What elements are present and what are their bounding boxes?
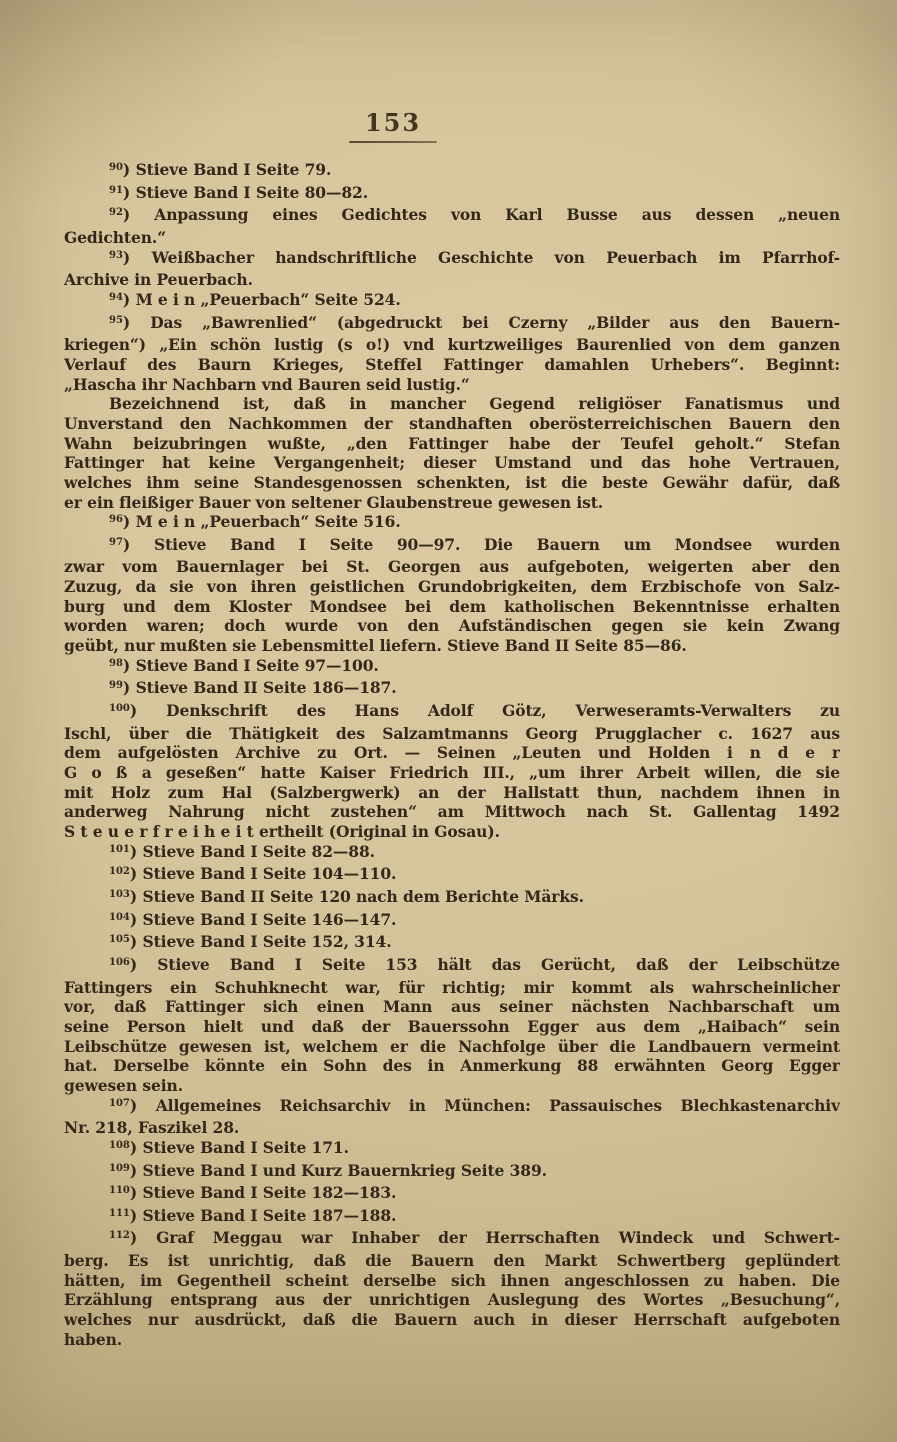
footnote-text: Allgemeines Reichsarchiv in München: Pas… — [156, 1096, 840, 1115]
footnote-text: Stieve Band I Seite 146—147. — [143, 910, 397, 929]
footnote-line: 93) Weißbacher handschriftliche Geschich… — [64, 248, 840, 271]
footnote: 100) Denkschrift des Hans Adolf Götz, Ve… — [64, 701, 840, 842]
footnote-marker: 97 — [109, 537, 123, 548]
footnote-line: zwar vom Bauernlager bei St. Georgen aus… — [64, 557, 840, 577]
footnote-line: Fattinger hat keine Vergangenheit; diese… — [64, 453, 840, 473]
footnote-text: Denkschrift des Hans Adolf Götz, Verwese… — [166, 701, 840, 720]
footnote-marker-paren: ) — [130, 1183, 137, 1202]
footnote-text: Stieve Band I Seite 90—97. Die Bauern um… — [154, 535, 840, 554]
footnote-line: 105) Stieve Band I Seite 152, 314. — [64, 932, 840, 955]
footnote-line: 111) Stieve Band I Seite 187—188. — [64, 1206, 840, 1229]
footnote-text: Stieve Band I Seite 80—82. — [136, 183, 368, 202]
footnote-marker: 94 — [109, 292, 123, 303]
footnote-line: S t e u e r f r e i h e i t ertheilt (Or… — [64, 822, 840, 842]
footnote-text: M e i n „Peuerbach“ Seite 524. — [136, 290, 401, 309]
footnote-marker-paren: ) — [130, 887, 137, 906]
footnote-line: 107) Allgemeines Reichsarchiv in München… — [64, 1096, 840, 1119]
footnote-marker: 106 — [109, 957, 130, 968]
footnote-text: Das „Bawrenlied“ (abgedruckt bei Czerny … — [150, 313, 840, 332]
scanned-book-page: 153 90) Stieve Band I Seite 79.91) Stiev… — [0, 0, 897, 1442]
footnote-marker-paren: ) — [123, 160, 130, 179]
footnote-text: Weißbacher handschriftliche Geschichte v… — [152, 248, 840, 267]
footnote-marker-paren: ) — [123, 678, 130, 697]
footnote-line: Unverstand den Nachkommen der standhafte… — [64, 414, 840, 434]
footnote-line: 99) Stieve Band II Seite 186—187. — [64, 678, 840, 701]
footnote-line: 110) Stieve Band I Seite 182—183. — [64, 1183, 840, 1206]
footnote-marker: 93 — [109, 250, 123, 261]
footnote-marker: 95 — [109, 315, 123, 326]
footnote-line: 109) Stieve Band I und Kurz Bauernkrieg … — [64, 1161, 840, 1184]
footnote: 97) Stieve Band I Seite 90—97. Die Bauer… — [64, 535, 840, 656]
footnote-text: Stieve Band I Seite 152, 314. — [143, 932, 392, 951]
footnote-marker-paren: ) — [123, 183, 130, 202]
footnote-text: Stieve Band I Seite 97—100. — [136, 656, 379, 675]
footnote-line: Erzählung entsprang aus der unrichtigen … — [64, 1290, 840, 1310]
footnote: 98) Stieve Band I Seite 97—100. — [64, 656, 840, 679]
footnote-text: Anpassung eines Gedichtes von Karl Busse… — [154, 205, 840, 224]
footnote: 102) Stieve Band I Seite 104—110. — [64, 864, 840, 887]
footnote-line: Archive in Peuerbach. — [64, 270, 840, 290]
footnote-marker: 98 — [109, 658, 123, 669]
footnote-line: er ein fleißiger Bauer von seltener Glau… — [64, 493, 840, 513]
footnote: 103) Stieve Band II Seite 120 nach dem B… — [64, 887, 840, 910]
footnote: 91) Stieve Band I Seite 80—82. — [64, 183, 840, 206]
footnote-marker: 102 — [109, 866, 130, 877]
footnote: 111) Stieve Band I Seite 187—188. — [64, 1206, 840, 1229]
footnote-line: worden waren; doch wurde von den Aufstän… — [64, 616, 840, 636]
footnote-line: 96) M e i n „Peuerbach“ Seite 516. — [64, 512, 840, 535]
footnote-line: 98) Stieve Band I Seite 97—100. — [64, 656, 840, 679]
footnote: 112) Graf Meggau war Inhaber der Herrsch… — [64, 1228, 840, 1349]
footnote-line: Wahn beizubringen wußte, „den Fattinger … — [64, 434, 840, 454]
footnote: 108) Stieve Band I Seite 171. — [64, 1138, 840, 1161]
footnote-line: burg und dem Kloster Mondsee bei dem kat… — [64, 597, 840, 617]
footnote-text: Stieve Band I Seite 171. — [143, 1138, 349, 1157]
footnote-line: 104) Stieve Band I Seite 146—147. — [64, 910, 840, 933]
footnote-line: 108) Stieve Band I Seite 171. — [64, 1138, 840, 1161]
footnote: 110) Stieve Band I Seite 182—183. — [64, 1183, 840, 1206]
footnote-marker-paren: ) — [123, 512, 130, 531]
footnote-line: Ischl, über die Thätigkeit des Salzamtma… — [64, 724, 840, 744]
footnote-text: M e i n „Peuerbach“ Seite 516. — [136, 512, 401, 531]
footnote-line: berg. Es ist unrichtig, daß die Bauern d… — [64, 1251, 840, 1271]
footnote: 101) Stieve Band I Seite 82—88. — [64, 842, 840, 865]
footnote-line: Leibschütze gewesen ist, welchem er die … — [64, 1037, 840, 1057]
page-number-rule — [349, 141, 437, 143]
footnote-marker: 104 — [109, 912, 130, 923]
footnote-line: 94) M e i n „Peuerbach“ Seite 524. — [64, 290, 840, 313]
footnote-line: Nr. 218, Faszikel 28. — [64, 1118, 840, 1138]
footnote-marker: 105 — [109, 934, 130, 945]
footnote-marker-paren: ) — [130, 932, 137, 951]
footnote-text: Stieve Band I Seite 187—188. — [143, 1206, 397, 1225]
footnote-line: 101) Stieve Band I Seite 82—88. — [64, 842, 840, 865]
footnote-text: Graf Meggau war Inhaber der Herrschaften… — [156, 1228, 840, 1247]
footnote: 96) M e i n „Peuerbach“ Seite 516. — [64, 512, 840, 535]
footnote-marker: 90 — [109, 162, 123, 173]
footnote-marker-paren: ) — [130, 1138, 137, 1157]
footnote-marker: 96 — [109, 514, 123, 525]
footnote-line: mit Holz zum Hal (Salzbergwerk) an der H… — [64, 783, 840, 803]
footnote-marker: 107 — [109, 1098, 130, 1109]
footnote-text: Stieve Band I Seite 104—110. — [143, 864, 397, 883]
footnote-line: 103) Stieve Band II Seite 120 nach dem B… — [64, 887, 840, 910]
footnote-line: G o ß a geseßen“ hatte Kaiser Friedrich … — [64, 763, 840, 783]
footnote-marker-paren: ) — [130, 1096, 137, 1115]
footnote-text: Stieve Band II Seite 120 nach dem Berich… — [143, 887, 584, 906]
footnote-line: 97) Stieve Band I Seite 90—97. Die Bauer… — [64, 535, 840, 558]
footnote-text: Stieve Band I Seite 182—183. — [143, 1183, 397, 1202]
footnote-text: Stieve Band I Seite 79. — [136, 160, 332, 179]
footnote: 92) Anpassung eines Gedichtes von Karl B… — [64, 205, 840, 247]
footnote-line: 106) Stieve Band I Seite 153 hält das Ge… — [64, 955, 840, 978]
footnote: 93) Weißbacher handschriftliche Geschich… — [64, 248, 840, 290]
footnote-marker-paren: ) — [123, 313, 130, 332]
footnote: 94) M e i n „Peuerbach“ Seite 524. — [64, 290, 840, 313]
footnote: 90) Stieve Band I Seite 79. — [64, 160, 840, 183]
footnote: 109) Stieve Band I und Kurz Bauernkrieg … — [64, 1161, 840, 1184]
footnote: Bezeichnend ist, daß in mancher Gegend r… — [64, 394, 840, 512]
footnote-line: Bezeichnend ist, daß in mancher Gegend r… — [64, 394, 840, 414]
footnote: 106) Stieve Band I Seite 153 hält das Ge… — [64, 955, 840, 1096]
footnote-line: welches ihm seine Standesgenossen schenk… — [64, 473, 840, 493]
footnote-line: Verlauf des Baurn Krieges, Steffel Fatti… — [64, 355, 840, 375]
footnote-text: Stieve Band I Seite 82—88. — [143, 842, 375, 861]
footnote-line: gewesen sein. — [64, 1076, 840, 1096]
footnote-marker: 110 — [109, 1185, 130, 1196]
footnote-line: „Hascha ihr Nachbarn vnd Bauren seid lus… — [64, 375, 840, 395]
footnote-marker-paren: ) — [130, 910, 137, 929]
footnote-line: welches nur ausdrückt, daß die Bauern au… — [64, 1310, 840, 1330]
footnote-text: Stieve Band I Seite 153 hält das Gerücht… — [157, 955, 840, 974]
footnote-marker-paren: ) — [123, 290, 130, 309]
footnote-marker: 108 — [109, 1140, 130, 1151]
page-number: 153 — [358, 108, 428, 137]
footnote-line: dem aufgelösten Archive zu Ort. — Seinen… — [64, 743, 840, 763]
footnote-line: Fattingers ein Schuhknecht war, für rich… — [64, 978, 840, 998]
footnote-line: geübt, nur mußten sie Lebensmittel liefe… — [64, 636, 840, 656]
footnote-marker-paren: ) — [123, 205, 130, 224]
footnote-marker: 109 — [109, 1163, 130, 1174]
footnote-marker: 111 — [109, 1208, 130, 1219]
footnote-marker: 99 — [109, 680, 123, 691]
page-header: 153 — [0, 108, 897, 143]
footnote-marker: 101 — [109, 844, 130, 855]
footnote-line: hätten, im Gegentheil scheint derselbe s… — [64, 1271, 840, 1291]
footnote-marker-paren: ) — [130, 1228, 137, 1247]
footnote-marker: 91 — [109, 185, 123, 196]
footnote-marker-paren: ) — [130, 842, 137, 861]
footnote-line: vor, daß Fattinger sich einen Mann aus s… — [64, 997, 840, 1017]
footnote-line: hat. Derselbe könnte ein Sohn des in Anm… — [64, 1056, 840, 1076]
footnote-line: anderweg Nahrung nicht zustehen“ am Mitt… — [64, 802, 840, 822]
footnote-line: Zuzug, da sie von ihren geistlichen Grun… — [64, 577, 840, 597]
footnote-text: Stieve Band II Seite 186—187. — [136, 678, 397, 697]
footnote-marker: 103 — [109, 889, 130, 900]
footnote-line: 90) Stieve Band I Seite 79. — [64, 160, 840, 183]
footnote-line: 100) Denkschrift des Hans Adolf Götz, Ve… — [64, 701, 840, 724]
footnote-line: seine Person hielt und daß der Bauerssoh… — [64, 1017, 840, 1037]
footnote-marker-paren: ) — [130, 1161, 137, 1180]
footnote-marker-paren: ) — [123, 535, 130, 554]
footnote: 104) Stieve Band I Seite 146—147. — [64, 910, 840, 933]
footnote-line: 91) Stieve Band I Seite 80—82. — [64, 183, 840, 206]
footnote-line: 102) Stieve Band I Seite 104—110. — [64, 864, 840, 887]
footnote-line: 112) Graf Meggau war Inhaber der Herrsch… — [64, 1228, 840, 1251]
footnote-marker: 100 — [109, 703, 130, 714]
footnote-marker-paren: ) — [123, 248, 130, 267]
footnote-marker: 92 — [109, 207, 123, 218]
footnote-marker-paren: ) — [130, 955, 137, 974]
footnote-line: kriegen“) „Ein schön lustig (s o!) vnd k… — [64, 335, 840, 355]
footnote-line: 95) Das „Bawrenlied“ (abgedruckt bei Cze… — [64, 313, 840, 336]
footnote: 107) Allgemeines Reichsarchiv in München… — [64, 1096, 840, 1138]
footnote-text: Stieve Band I und Kurz Bauernkrieg Seite… — [143, 1161, 547, 1180]
footnote-line: haben. — [64, 1330, 840, 1350]
footnote-marker-paren: ) — [130, 864, 137, 883]
footnote: 99) Stieve Band II Seite 186—187. — [64, 678, 840, 701]
footnotes: 90) Stieve Band I Seite 79.91) Stieve Ba… — [64, 160, 840, 1349]
footnote-marker-paren: ) — [130, 1206, 137, 1225]
footnote-line: 92) Anpassung eines Gedichtes von Karl B… — [64, 205, 840, 228]
footnote-marker: 112 — [109, 1230, 130, 1241]
footnote: 95) Das „Bawrenlied“ (abgedruckt bei Cze… — [64, 313, 840, 395]
footnote-marker-paren: ) — [123, 656, 130, 675]
footnote-marker-paren: ) — [130, 701, 137, 720]
footnote: 105) Stieve Band I Seite 152, 314. — [64, 932, 840, 955]
footnote-line: Gedichten.“ — [64, 228, 840, 248]
